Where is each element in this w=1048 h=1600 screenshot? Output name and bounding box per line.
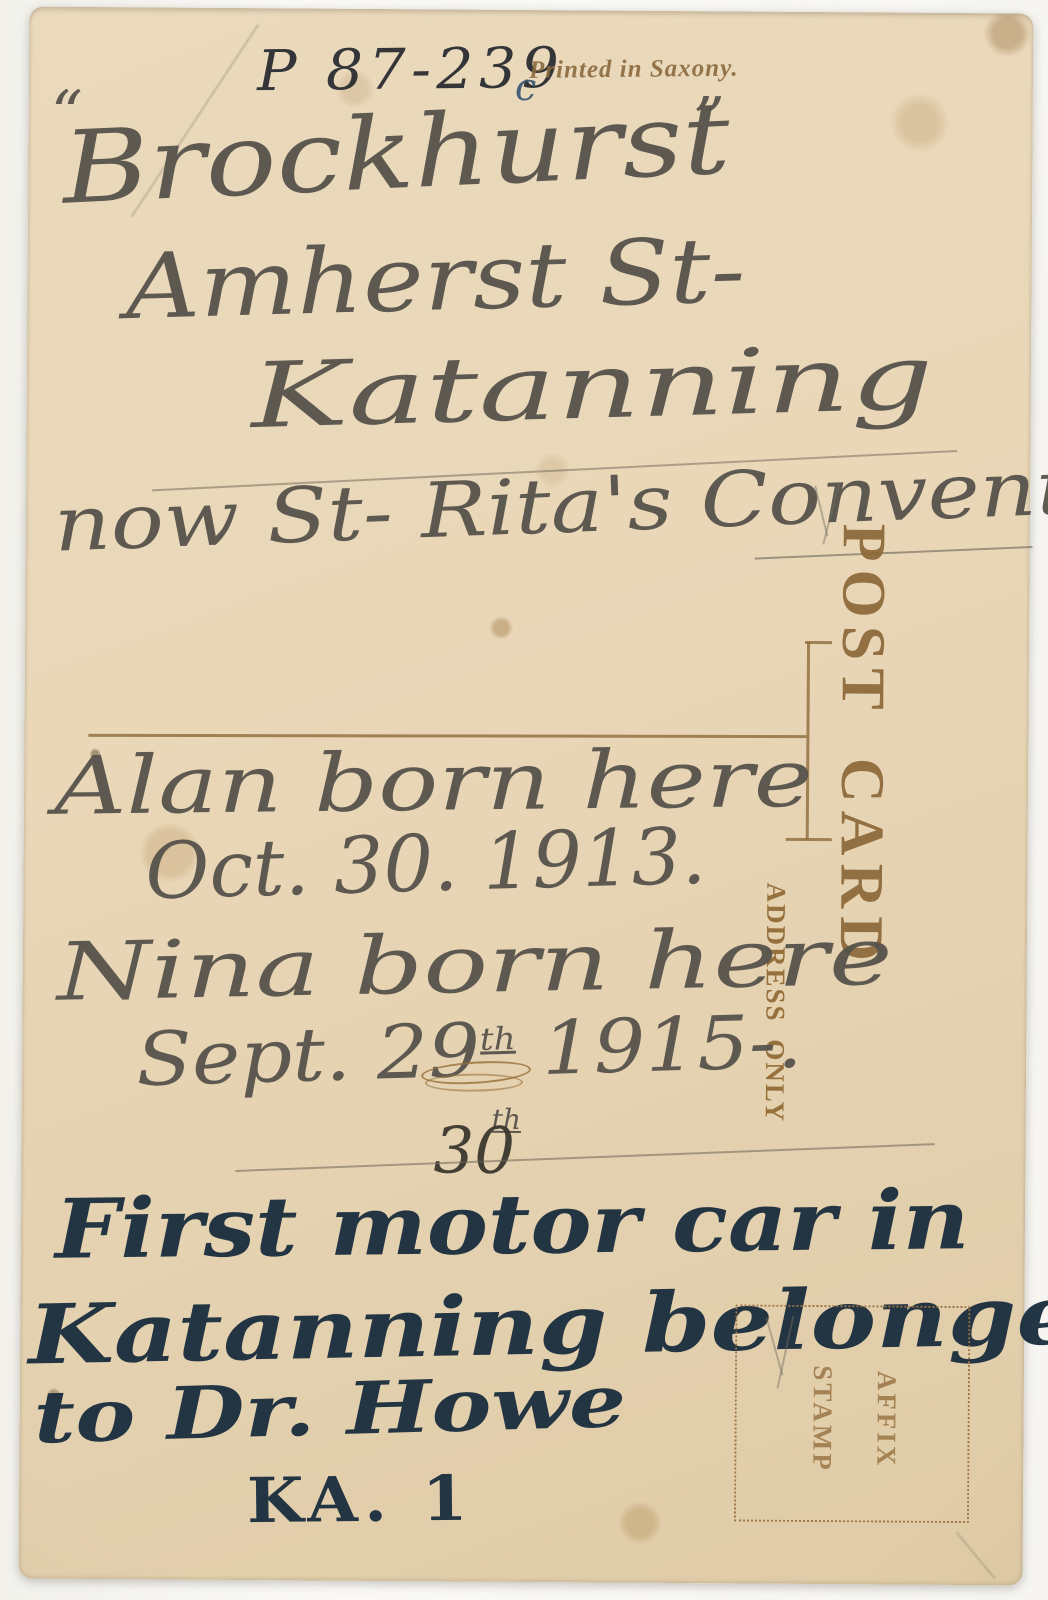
address-street: Amherst St- — [124, 226, 746, 333]
scan-background: P 87-239 c Printed in Saxony. “ ” Brockh… — [0, 0, 1048, 1600]
note-alan-date: Oct. 30. 1913. — [144, 818, 707, 912]
note-nina-born: Nina born here — [56, 917, 893, 1013]
note-motor-car-1: First motor car in — [55, 1179, 970, 1271]
affix-stamp-label: AFFIX STAMP — [788, 1319, 919, 1520]
printed-in-saxony-label: Printed in Saxony. — [529, 56, 739, 83]
postcard-back: P 87-239 c Printed in Saxony. “ ” Brockh… — [19, 7, 1034, 1586]
nina-date-year: 1915-. — [541, 999, 804, 1092]
stamp-label-line: STAMP — [790, 1319, 855, 1519]
correction-day: 30 — [433, 1119, 515, 1184]
corner-crease-bottom-right — [956, 1532, 996, 1580]
nina-date-month: Sept. — [135, 1011, 352, 1103]
pencil-underline-correction — [235, 1143, 935, 1172]
address-town: Katanning — [250, 333, 935, 442]
nina-date-ordinal: th — [479, 1021, 516, 1058]
strike-mark-oval — [425, 1073, 523, 1092]
note-motor-car-3: to Dr. Howe — [33, 1365, 627, 1454]
affix-label-line: AFFIX — [854, 1319, 919, 1519]
address-house-name: Brockhurst — [60, 88, 732, 218]
note-ka1-code: KA. 1 — [247, 1468, 474, 1532]
